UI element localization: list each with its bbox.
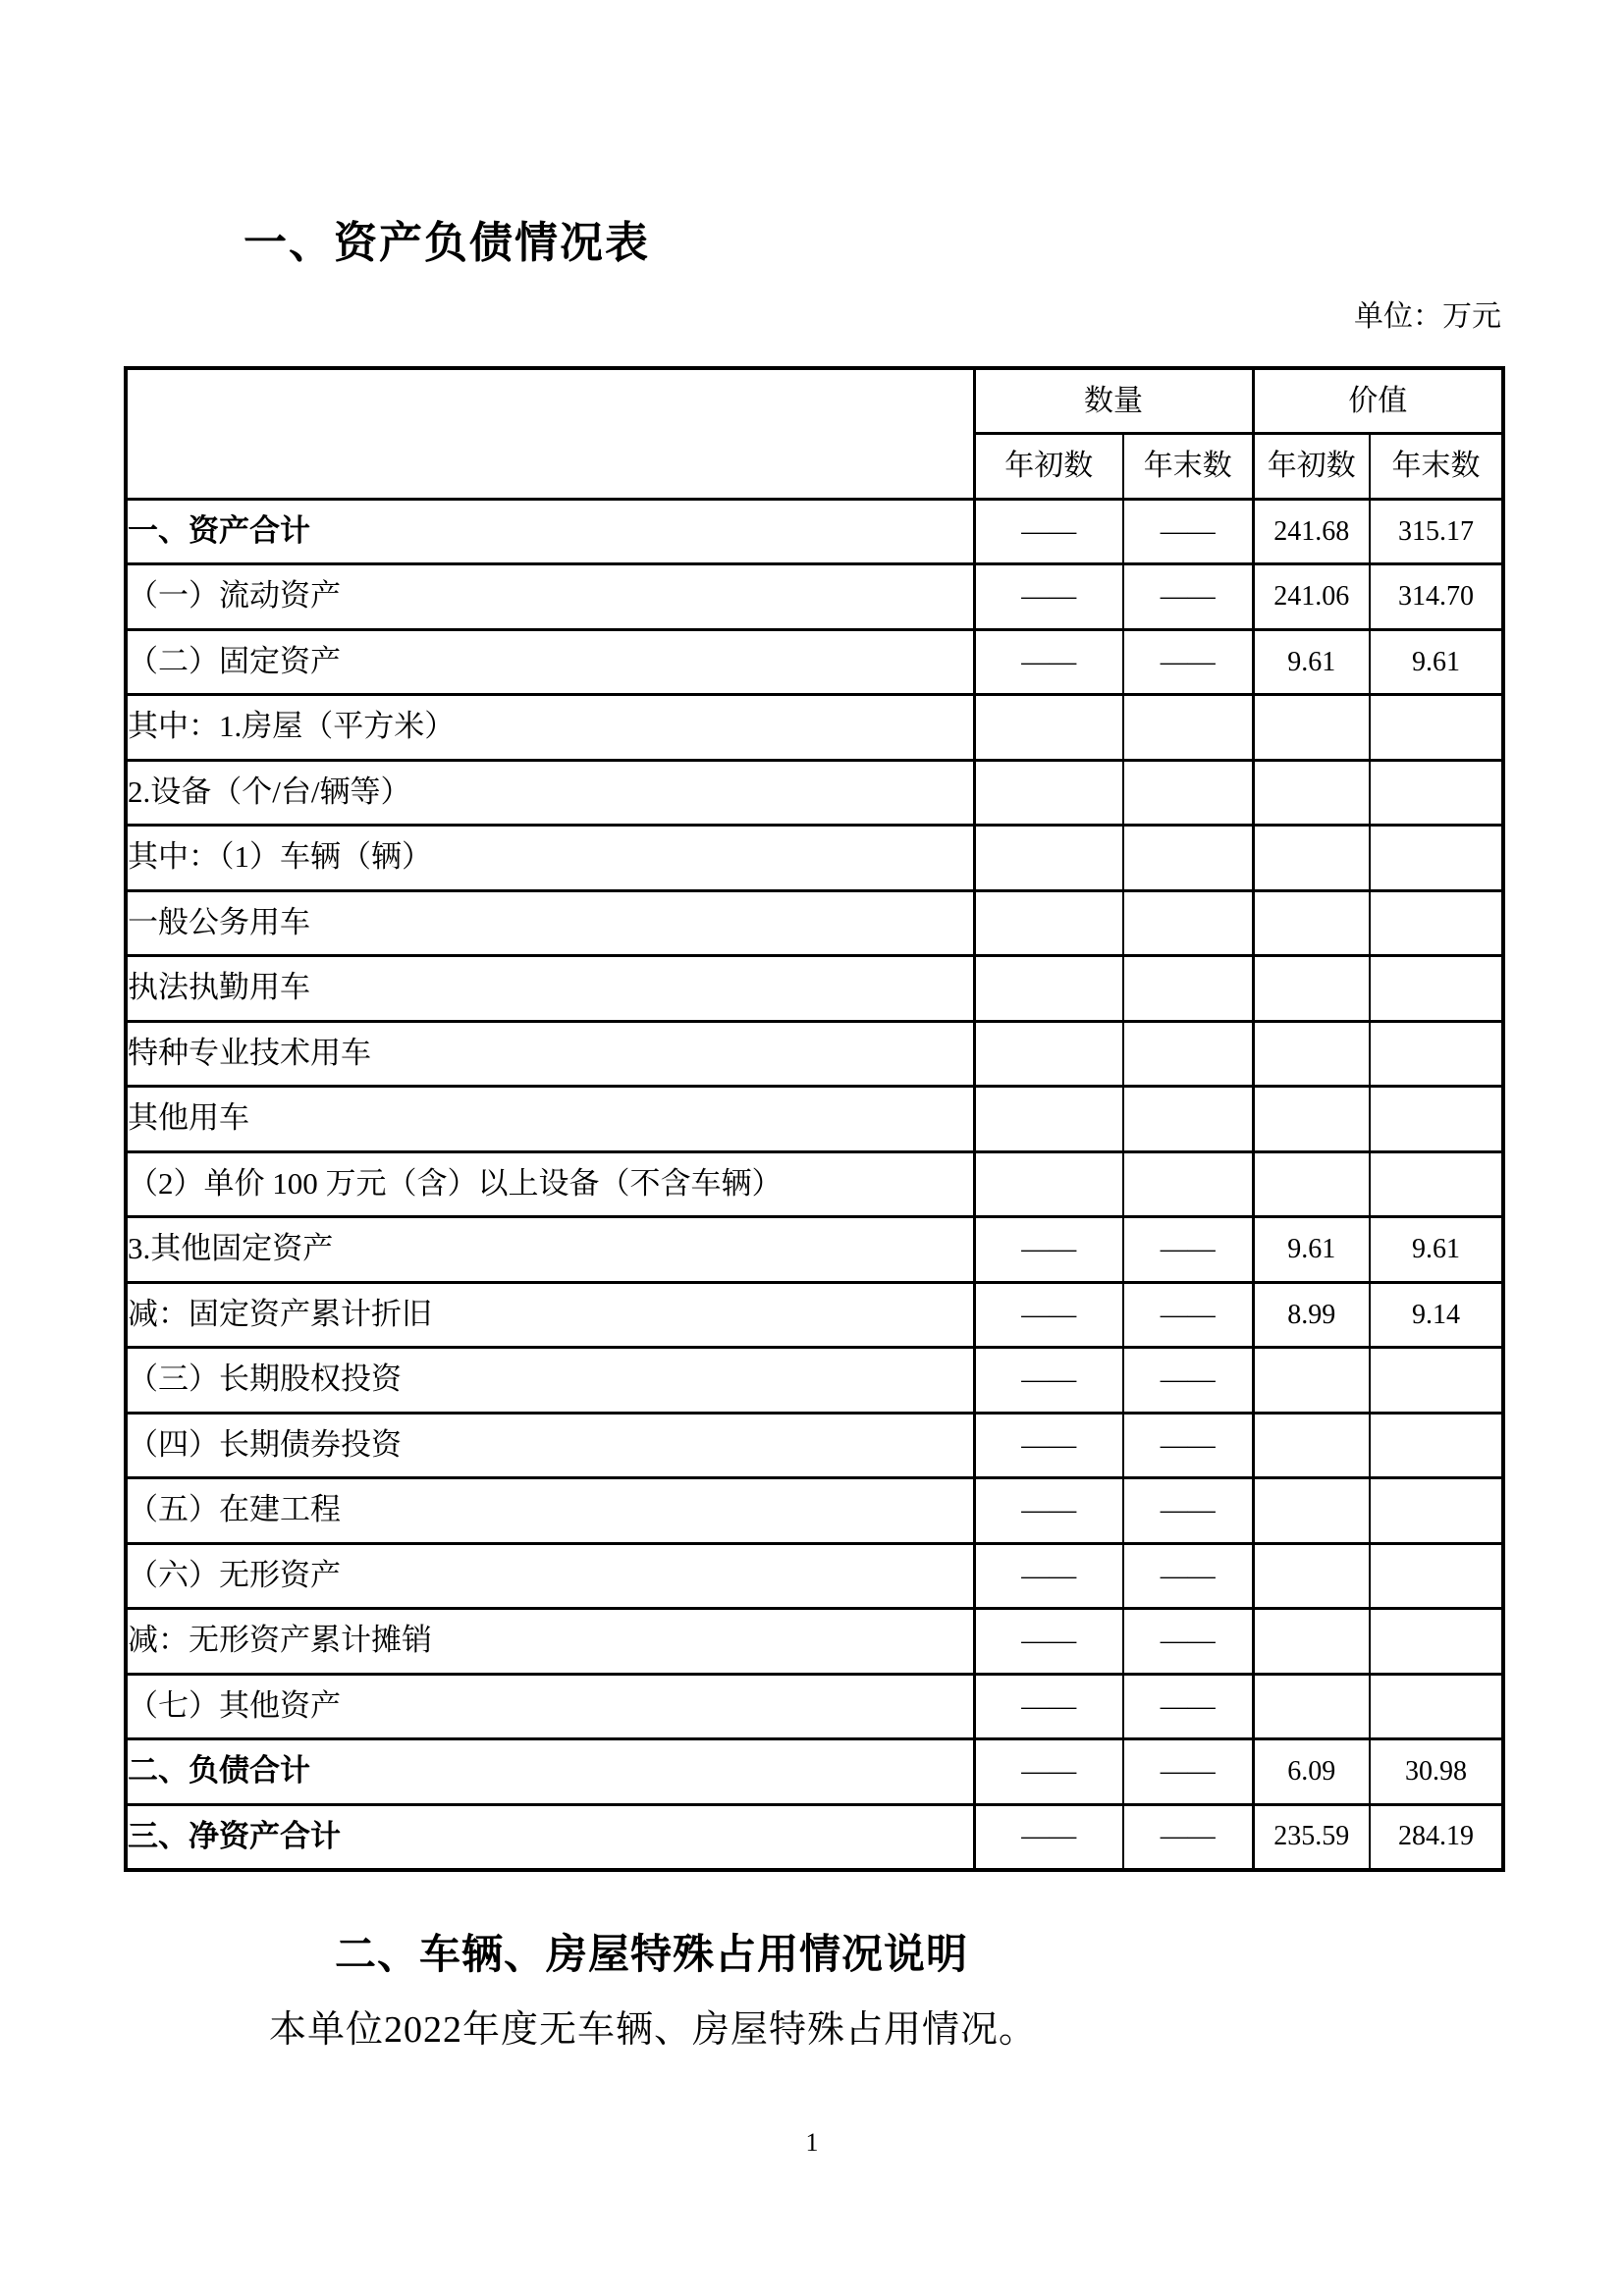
cell-quantity-end-year bbox=[1123, 1087, 1253, 1152]
cell-quantity-begin-year bbox=[974, 695, 1123, 761]
table-row: 减：固定资产累计折旧————8.999.14 bbox=[126, 1282, 1503, 1348]
cell-value-begin-year: 241.06 bbox=[1253, 564, 1370, 630]
cell-value-end-year bbox=[1370, 1021, 1503, 1087]
cell-value-begin-year: 241.68 bbox=[1253, 499, 1370, 564]
table-row: （三）长期股权投资———— bbox=[126, 1348, 1503, 1414]
cell-value-begin-year bbox=[1253, 1087, 1370, 1152]
cell-quantity-end-year: —— bbox=[1123, 499, 1253, 564]
table-row: 一般公务用车 bbox=[126, 890, 1503, 956]
row-label: 一、资产合计 bbox=[126, 499, 974, 564]
cell-quantity-begin-year bbox=[974, 760, 1123, 826]
cell-quantity-end-year bbox=[1123, 695, 1253, 761]
cell-value-begin-year bbox=[1253, 1478, 1370, 1544]
table-row: 2.设备（个/台/辆等） bbox=[126, 760, 1503, 826]
page-title: 一、资产负债情况表 bbox=[244, 222, 650, 265]
header-value-begin-year: 年初数 bbox=[1253, 434, 1370, 500]
row-label: （五）在建工程 bbox=[126, 1478, 974, 1544]
table-row: （二）固定资产————9.619.61 bbox=[126, 629, 1503, 695]
header-value: 价值 bbox=[1253, 368, 1503, 434]
cell-value-end-year: 284.19 bbox=[1370, 1804, 1503, 1870]
cell-quantity-begin-year bbox=[974, 826, 1123, 891]
cell-value-end-year: 9.14 bbox=[1370, 1282, 1503, 1348]
header-quantity: 数量 bbox=[974, 368, 1253, 434]
cell-value-end-year bbox=[1370, 1543, 1503, 1609]
cell-quantity-end-year bbox=[1123, 1021, 1253, 1087]
section2-paragraph: 本单位2022年度无车辆、房屋特殊占用情况。 bbox=[269, 2010, 1037, 2052]
cell-quantity-begin-year: —— bbox=[974, 1282, 1123, 1348]
table-row: （一）流动资产————241.06314.70 bbox=[126, 564, 1503, 630]
header-item-blank-cell bbox=[126, 368, 974, 499]
row-label: 执法执勤用车 bbox=[126, 956, 974, 1022]
cell-value-begin-year bbox=[1253, 1543, 1370, 1609]
cell-value-end-year: 30.98 bbox=[1370, 1739, 1503, 1805]
row-label: （三）长期股权投资 bbox=[126, 1348, 974, 1414]
cell-quantity-end-year bbox=[1123, 826, 1253, 891]
row-label: 二、负债合计 bbox=[126, 1739, 974, 1805]
cell-value-end-year bbox=[1370, 1609, 1503, 1675]
table-body: 一、资产合计————241.68315.17（一）流动资产————241.063… bbox=[126, 499, 1503, 1870]
page-number: 1 bbox=[0, 2128, 1624, 2158]
cell-quantity-begin-year: —— bbox=[974, 1543, 1123, 1609]
row-label: 3.其他固定资产 bbox=[126, 1217, 974, 1283]
cell-value-begin-year bbox=[1253, 1609, 1370, 1675]
cell-quantity-begin-year: —— bbox=[974, 499, 1123, 564]
row-label: 特种专业技术用车 bbox=[126, 1021, 974, 1087]
table-row: 其他用车 bbox=[126, 1087, 1503, 1152]
header-quantity-end-year: 年末数 bbox=[1123, 434, 1253, 500]
cell-quantity-begin-year bbox=[974, 890, 1123, 956]
row-label: （六）无形资产 bbox=[126, 1543, 974, 1609]
row-label: 减：无形资产累计摊销 bbox=[126, 1609, 974, 1675]
cell-quantity-begin-year: —— bbox=[974, 564, 1123, 630]
cell-quantity-end-year: —— bbox=[1123, 1739, 1253, 1805]
cell-quantity-begin-year: —— bbox=[974, 1217, 1123, 1283]
cell-quantity-end-year bbox=[1123, 890, 1253, 956]
cell-quantity-end-year: —— bbox=[1123, 1348, 1253, 1414]
cell-value-end-year bbox=[1370, 1674, 1503, 1739]
row-label: 三、净资产合计 bbox=[126, 1804, 974, 1870]
cell-value-end-year bbox=[1370, 1087, 1503, 1152]
header-quantity-begin-year: 年初数 bbox=[974, 434, 1123, 500]
cell-quantity-begin-year: —— bbox=[974, 629, 1123, 695]
cell-value-begin-year: 235.59 bbox=[1253, 1804, 1370, 1870]
cell-value-end-year bbox=[1370, 760, 1503, 826]
table-row: 减：无形资产累计摊销———— bbox=[126, 1609, 1503, 1675]
table-row: （四）长期债券投资———— bbox=[126, 1413, 1503, 1478]
table-row: 二、负债合计————6.0930.98 bbox=[126, 1739, 1503, 1805]
row-label: 一般公务用车 bbox=[126, 890, 974, 956]
cell-quantity-begin-year bbox=[974, 1021, 1123, 1087]
cell-value-begin-year bbox=[1253, 826, 1370, 891]
row-label: 其他用车 bbox=[126, 1087, 974, 1152]
table-row: 三、净资产合计————235.59284.19 bbox=[126, 1804, 1503, 1870]
cell-value-end-year: 9.61 bbox=[1370, 629, 1503, 695]
cell-quantity-begin-year: —— bbox=[974, 1348, 1123, 1414]
row-label: （一）流动资产 bbox=[126, 564, 974, 630]
cell-quantity-begin-year: —— bbox=[974, 1739, 1123, 1805]
cell-quantity-end-year: —— bbox=[1123, 1217, 1253, 1283]
cell-value-begin-year bbox=[1253, 695, 1370, 761]
cell-value-end-year bbox=[1370, 1348, 1503, 1414]
row-label: （七）其他资产 bbox=[126, 1674, 974, 1739]
table-row: （六）无形资产———— bbox=[126, 1543, 1503, 1609]
row-label: （四）长期债券投资 bbox=[126, 1413, 974, 1478]
row-label: （二）固定资产 bbox=[126, 629, 974, 695]
cell-value-begin-year bbox=[1253, 1674, 1370, 1739]
table-row: 其中：1.房屋（平方米） bbox=[126, 695, 1503, 761]
cell-quantity-end-year bbox=[1123, 760, 1253, 826]
cell-value-end-year: 314.70 bbox=[1370, 564, 1503, 630]
cell-quantity-end-year: —— bbox=[1123, 1609, 1253, 1675]
cell-quantity-end-year bbox=[1123, 1151, 1253, 1217]
balance-sheet-table: 数量 价值 年初数 年末数 年初数 年末数 一、资产合计————241.6831… bbox=[124, 366, 1505, 1872]
cell-quantity-begin-year: —— bbox=[974, 1674, 1123, 1739]
table-row: 特种专业技术用车 bbox=[126, 1021, 1503, 1087]
table-row: 其中：（1）车辆（辆） bbox=[126, 826, 1503, 891]
cell-quantity-begin-year: —— bbox=[974, 1478, 1123, 1544]
table-row: 执法执勤用车 bbox=[126, 956, 1503, 1022]
cell-quantity-begin-year: —— bbox=[974, 1413, 1123, 1478]
table-row: （2）单价 100 万元（含）以上设备（不含车辆） bbox=[126, 1151, 1503, 1217]
table-row: （五）在建工程———— bbox=[126, 1478, 1503, 1544]
cell-value-begin-year bbox=[1253, 956, 1370, 1022]
cell-value-begin-year bbox=[1253, 760, 1370, 826]
cell-value-begin-year bbox=[1253, 1348, 1370, 1414]
cell-quantity-begin-year bbox=[974, 1087, 1123, 1152]
table-header-row-groups: 数量 价值 bbox=[126, 368, 1503, 434]
cell-value-begin-year: 6.09 bbox=[1253, 1739, 1370, 1805]
cell-quantity-end-year: —— bbox=[1123, 1804, 1253, 1870]
table-row: （七）其他资产———— bbox=[126, 1674, 1503, 1739]
cell-quantity-begin-year bbox=[974, 956, 1123, 1022]
cell-quantity-end-year: —— bbox=[1123, 564, 1253, 630]
cell-quantity-end-year: —— bbox=[1123, 629, 1253, 695]
cell-quantity-end-year: —— bbox=[1123, 1478, 1253, 1544]
row-label: （2）单价 100 万元（含）以上设备（不含车辆） bbox=[126, 1151, 974, 1217]
cell-quantity-end-year bbox=[1123, 956, 1253, 1022]
table-row: 3.其他固定资产————9.619.61 bbox=[126, 1217, 1503, 1283]
cell-quantity-end-year: —— bbox=[1123, 1413, 1253, 1478]
cell-value-begin-year bbox=[1253, 1151, 1370, 1217]
cell-quantity-end-year: —— bbox=[1123, 1543, 1253, 1609]
cell-value-end-year bbox=[1370, 956, 1503, 1022]
cell-value-end-year: 315.17 bbox=[1370, 499, 1503, 564]
cell-quantity-begin-year: —— bbox=[974, 1609, 1123, 1675]
row-label: 其中：1.房屋（平方米） bbox=[126, 695, 974, 761]
unit-label: 单位：万元 bbox=[124, 300, 1501, 333]
cell-quantity-end-year: —— bbox=[1123, 1282, 1253, 1348]
document-page: 一、资产负债情况表 单位：万元 数量 价值 年初数 年末数 年初数 年末数 一、… bbox=[0, 0, 1624, 2296]
cell-quantity-begin-year: —— bbox=[974, 1804, 1123, 1870]
row-label: 其中：（1）车辆（辆） bbox=[126, 826, 974, 891]
cell-value-end-year bbox=[1370, 1478, 1503, 1544]
cell-value-begin-year bbox=[1253, 1413, 1370, 1478]
header-value-end-year: 年末数 bbox=[1370, 434, 1503, 500]
cell-value-end-year bbox=[1370, 890, 1503, 956]
table-row: 一、资产合计————241.68315.17 bbox=[126, 499, 1503, 564]
cell-value-begin-year: 9.61 bbox=[1253, 1217, 1370, 1283]
cell-value-begin-year bbox=[1253, 1021, 1370, 1087]
cell-value-end-year: 9.61 bbox=[1370, 1217, 1503, 1283]
cell-value-begin-year bbox=[1253, 890, 1370, 956]
row-label: 2.设备（个/台/辆等） bbox=[126, 760, 974, 826]
cell-value-end-year bbox=[1370, 695, 1503, 761]
cell-value-begin-year: 9.61 bbox=[1253, 629, 1370, 695]
cell-value-end-year bbox=[1370, 1151, 1503, 1217]
section2-title: 二、车辆、房屋特殊占用情况说明 bbox=[335, 1934, 968, 1975]
cell-quantity-begin-year bbox=[974, 1151, 1123, 1217]
cell-value-begin-year: 8.99 bbox=[1253, 1282, 1370, 1348]
cell-quantity-end-year: —— bbox=[1123, 1674, 1253, 1739]
row-label: 减：固定资产累计折旧 bbox=[126, 1282, 974, 1348]
cell-value-end-year bbox=[1370, 1413, 1503, 1478]
cell-value-end-year bbox=[1370, 826, 1503, 891]
